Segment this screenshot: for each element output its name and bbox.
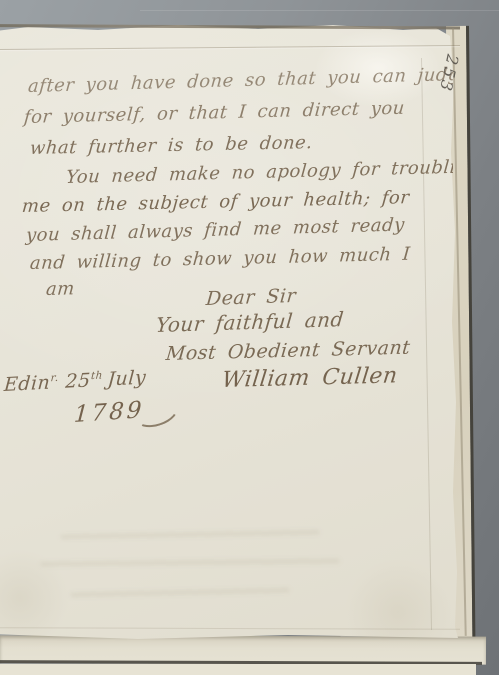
dateline-day-suffix: th — [90, 369, 103, 382]
dateline: Edinr.25thJuly — [3, 366, 147, 396]
letter-body-line: after you have done so that you can judg… — [27, 64, 472, 97]
letter-body-line: what further is to be done. — [29, 132, 313, 159]
letter-body-line: for yourself, or that I can direct you — [23, 98, 406, 128]
valediction-line-1: Your faithful and — [155, 307, 345, 337]
letter-scan-photo: after you have done so that you can judg… — [0, 0, 499, 675]
dateline-place: Edin — [3, 372, 51, 397]
handwritten-text-layer: after you have done so that you can judg… — [0, 0, 499, 675]
valediction-line-2: Most Obedient Servant — [165, 337, 412, 365]
salutation: Dear Sir — [205, 285, 297, 310]
letter-body-line: me on the subject of your health; for — [21, 187, 410, 217]
letter-body-line: and willing to show you how much I — [29, 244, 411, 274]
letter-body-line: You need make no apology for troubling — [65, 156, 481, 188]
signature: William Cullen — [221, 363, 399, 393]
dateline-day: 25 — [65, 369, 92, 392]
dateline-place-suffix: r. — [50, 372, 59, 384]
dateline-month: July — [107, 366, 147, 390]
letter-body-line: you shall always find me most ready — [25, 214, 405, 246]
letter-body-line: am — [45, 278, 75, 300]
